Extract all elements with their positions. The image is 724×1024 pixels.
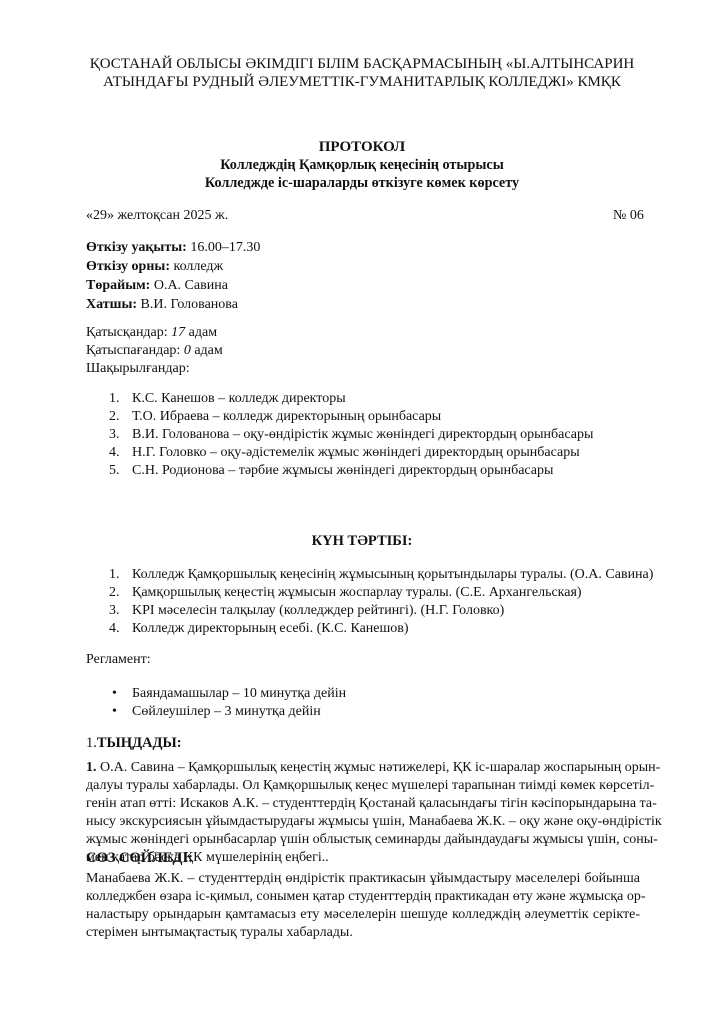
invited-list: 1.К.С. Канешов – колледж директоры 2.Т.О… (109, 390, 593, 480)
section-heading: 1.ТЫҢДАДЫ: (86, 735, 182, 752)
item-number: 5. (109, 462, 120, 479)
meeting-meta: Өткізу уақыты: 16.00–17.30 Өткізу орны: … (86, 239, 260, 315)
document-subtitle-1: Колледждің Қамқорлық кеңесінің отырысы (0, 156, 724, 174)
item-number: 3. (109, 426, 120, 443)
secretary-value: В.И. Голованова (137, 297, 238, 312)
list-item: •Баяндамашылар – 10 минутқа дейін (109, 685, 346, 703)
bullet-icon: • (112, 703, 117, 720)
invited-label: Шақырылғандар: (86, 360, 223, 378)
organization-header: ҚОСТАНАЙ ОБЛЫСЫ ӘКІМДІГІ БІЛІМ БАСҚАРМАС… (0, 55, 724, 91)
paragraph-line: нысу экскурсиясын ұйымдастырудағы жұмысы… (86, 813, 640, 831)
list-item: 3.KPI мәселесін талқылау (колледждер рей… (109, 602, 653, 620)
paragraph-line: далуы туралы хабарлады. Ол Қамқоршылық к… (86, 777, 640, 795)
section-number: 1. (86, 735, 97, 751)
list-item: 4.Колледж директорының есебі. (К.С. Кане… (109, 620, 653, 638)
paragraph-line: генін атап өтті: Искаков А.К. – студентт… (86, 795, 640, 813)
chair-label: Төрайым: (86, 278, 150, 293)
present-unit: адам (185, 325, 217, 340)
document-title: ПРОТОКОЛ (0, 138, 724, 156)
list-item: 4.Н.Г. Головко – оқу-әдістемелік жұмыс ж… (109, 444, 593, 462)
item-text: В.И. Голованова – оқу-өндірістік жұмыс ж… (132, 427, 593, 442)
list-item: 5.С.Н. Родионова – тәрбие жұмысы жөнінде… (109, 462, 593, 480)
meeting-date: «29» желтоқсан 2025 ж. (86, 207, 228, 224)
present-count-line: Қатысқандар: 17 адам (86, 324, 223, 342)
meeting-chair: Төрайым: О.А. Савина (86, 277, 260, 296)
paragraph-number: 1. (86, 760, 97, 775)
section-title: ТЫҢДАДЫ: (97, 735, 182, 751)
line-text: О.А. Савина – Қамқоршылық кеңестің жұмыс… (97, 760, 661, 775)
paragraph-line: Манабаева Ж.К. – студенттердің өндірісті… (86, 870, 640, 888)
absent-count-line: Қатыспағандар: 0 адам (86, 342, 223, 360)
item-text: Сөйлеушілер – 3 минутқа дейін (132, 704, 321, 719)
time-value: 16.00–17.30 (187, 240, 261, 255)
item-text: Колледж директорының есебі. (К.С. Канешо… (132, 621, 409, 636)
paragraph-line: 1. О.А. Савина – Қамқоршылық кеңестің жұ… (86, 759, 640, 777)
list-item: •Сөйлеушілер – 3 минутқа дейін (109, 703, 346, 721)
agenda-heading: КҮН ТӘРТІБІ: (0, 533, 724, 550)
speech-heading: СӨЗ СӨЙЛЕДІ: (86, 850, 193, 867)
item-number: 2. (109, 408, 120, 425)
organization-line-1: ҚОСТАНАЙ ОБЛЫСЫ ӘКІМДІГІ БІЛІМ БАСҚАРМАС… (0, 55, 724, 73)
list-item: 2.Қамқоршылық кеңестің жұмысын жоспарлау… (109, 584, 653, 602)
chair-value: О.А. Савина (150, 278, 228, 293)
item-text: KPI мәселесін талқылау (колледждер рейти… (132, 603, 504, 618)
reglament-list: •Баяндамашылар – 10 минутқа дейін •Сөйле… (109, 685, 346, 721)
meeting-secretary: Хатшы: В.И. Голованова (86, 296, 260, 315)
meeting-place: Өткізу орны: колледж (86, 258, 260, 277)
agenda-list: 1.Колледж Қамқоршылық кеңесінің жұмысыны… (109, 566, 653, 638)
present-label: Қатысқандар: (86, 325, 171, 340)
absent-unit: адам (191, 343, 223, 358)
protocol-number: № 06 (613, 207, 644, 224)
item-number: 4. (109, 620, 120, 637)
paragraph-line: стерімен ынтымақтастық туралы хабарлады. (86, 924, 640, 942)
paragraph-line: колледжбен өзара іс-қимыл, сонымен қатар… (86, 888, 640, 906)
item-number: 4. (109, 444, 120, 461)
item-text: Баяндамашылар – 10 минутқа дейін (132, 686, 346, 701)
reglament-label: Регламент: (86, 651, 151, 668)
time-label: Өткізу уақыты: (86, 240, 187, 255)
list-item: 2.Т.О. Ибраева – колледж директорының ор… (109, 408, 593, 426)
title-block: ПРОТОКОЛ Колледждің Қамқорлық кеңесінің … (0, 138, 724, 192)
list-item: 1.Колледж Қамқоршылық кеңесінің жұмысыны… (109, 566, 653, 584)
item-text: К.С. Канешов – колледж директоры (132, 391, 346, 406)
absent-count: 0 (184, 343, 191, 358)
speech-paragraph: Манабаева Ж.К. – студенттердің өндірісті… (86, 870, 640, 942)
list-item: 1.К.С. Канешов – колледж директоры (109, 390, 593, 408)
item-text: Н.Г. Головко – оқу-әдістемелік жұмыс жөн… (132, 445, 580, 460)
item-number: 3. (109, 602, 120, 619)
item-text: Колледж Қамқоршылық кеңесінің жұмысының … (132, 567, 653, 582)
paragraph-line: жұмыс жөніндегі орынбасарлар үшін облыст… (86, 831, 640, 849)
bullet-icon: • (112, 685, 117, 702)
absent-label: Қатыспағандар: (86, 343, 184, 358)
item-text: Т.О. Ибраева – колледж директорының орын… (132, 409, 441, 424)
item-number: 1. (109, 566, 120, 583)
item-text: С.Н. Родионова – тәрбие жұмысы жөніндегі… (132, 463, 553, 478)
protocol-page: ҚОСТАНАЙ ОБЛЫСЫ ӘКІМДІГІ БІЛІМ БАСҚАРМАС… (0, 0, 724, 1024)
organization-line-2: АТЫНДАҒЫ РУДНЫЙ ӘЛЕУМЕТТІК-ГУМАНИТАРЛЫҚ … (0, 73, 724, 91)
place-value: колледж (170, 259, 223, 274)
place-label: Өткізу орны: (86, 259, 170, 274)
item-number: 1. (109, 390, 120, 407)
meeting-time: Өткізу уақыты: 16.00–17.30 (86, 239, 260, 258)
document-subtitle-2: Колледжде іс-шараларды өткізуге көмек кө… (0, 174, 724, 192)
present-count: 17 (171, 325, 185, 340)
item-number: 2. (109, 584, 120, 601)
attendance: Қатысқандар: 17 адам Қатыспағандар: 0 ад… (86, 324, 223, 378)
item-text: Қамқоршылық кеңестің жұмысын жоспарлау т… (132, 585, 582, 600)
paragraph-line: наластыру орындарын қамтамасыз ету мәсел… (86, 906, 640, 924)
secretary-label: Хатшы: (86, 297, 137, 312)
list-item: 3.В.И. Голованова – оқу-өндірістік жұмыс… (109, 426, 593, 444)
